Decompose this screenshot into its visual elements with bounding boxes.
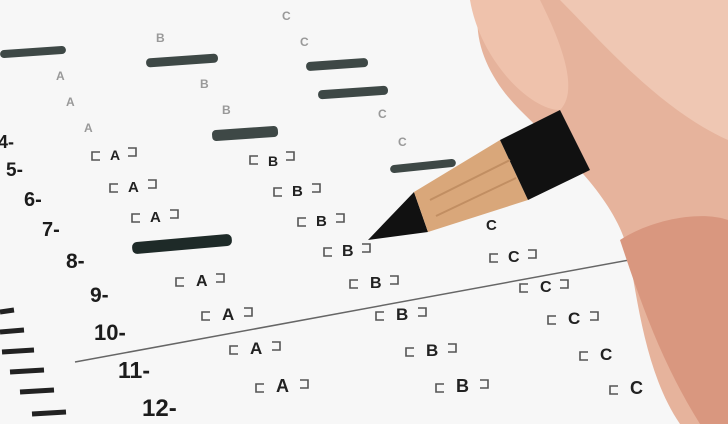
option-b[interactable]: B [292, 183, 303, 200]
question-row-4: 4- [0, 132, 14, 152]
question-number: 5- [6, 160, 23, 181]
question-number: 10- [94, 320, 126, 345]
svg-text:C: C [378, 107, 387, 121]
svg-text:B: B [222, 103, 231, 117]
svg-text:C: C [398, 135, 407, 149]
question-number: 6- [24, 189, 42, 211]
scene-svg: 4- 5- A B 6- A B 7- A B C 8- B C 9- A B … [0, 0, 728, 424]
option-a[interactable]: A [150, 209, 161, 226]
option-b[interactable]: B [396, 305, 408, 324]
svg-text:A: A [56, 69, 65, 83]
option-a[interactable]: A [196, 273, 208, 290]
option-a[interactable]: A [128, 179, 139, 196]
svg-text:B: B [156, 31, 165, 45]
option-c[interactable]: C [486, 217, 497, 234]
option-a[interactable]: A [110, 147, 120, 163]
svg-text:B: B [200, 77, 209, 91]
option-b[interactable]: B [268, 153, 278, 169]
answer-sheet-photo: 4- 5- A B 6- A B 7- A B C 8- B C 9- A B … [0, 0, 728, 424]
option-c[interactable]: C [540, 279, 552, 296]
option-b[interactable]: B [426, 341, 438, 360]
option-a[interactable]: A [222, 305, 234, 324]
option-b[interactable]: B [456, 376, 469, 396]
option-b[interactable]: B [342, 243, 354, 260]
svg-text:C: C [282, 9, 291, 23]
option-c[interactable]: C [568, 309, 580, 328]
option-b[interactable]: B [370, 275, 382, 292]
option-b[interactable]: B [316, 213, 327, 230]
question-number: 7- [42, 219, 60, 241]
question-number: 8- [66, 250, 85, 273]
svg-text:C: C [300, 35, 309, 49]
svg-text:A: A [84, 121, 93, 135]
question-number: 4- [0, 132, 14, 152]
option-a[interactable]: A [250, 339, 262, 358]
question-number: 11- [118, 357, 150, 383]
option-c[interactable]: C [508, 249, 520, 266]
option-c[interactable]: C [630, 378, 643, 398]
svg-text:A: A [66, 95, 75, 109]
question-number: 9- [90, 284, 109, 307]
option-a[interactable]: A [276, 376, 289, 396]
option-c[interactable]: C [600, 345, 612, 364]
question-number: 12- [142, 395, 177, 422]
